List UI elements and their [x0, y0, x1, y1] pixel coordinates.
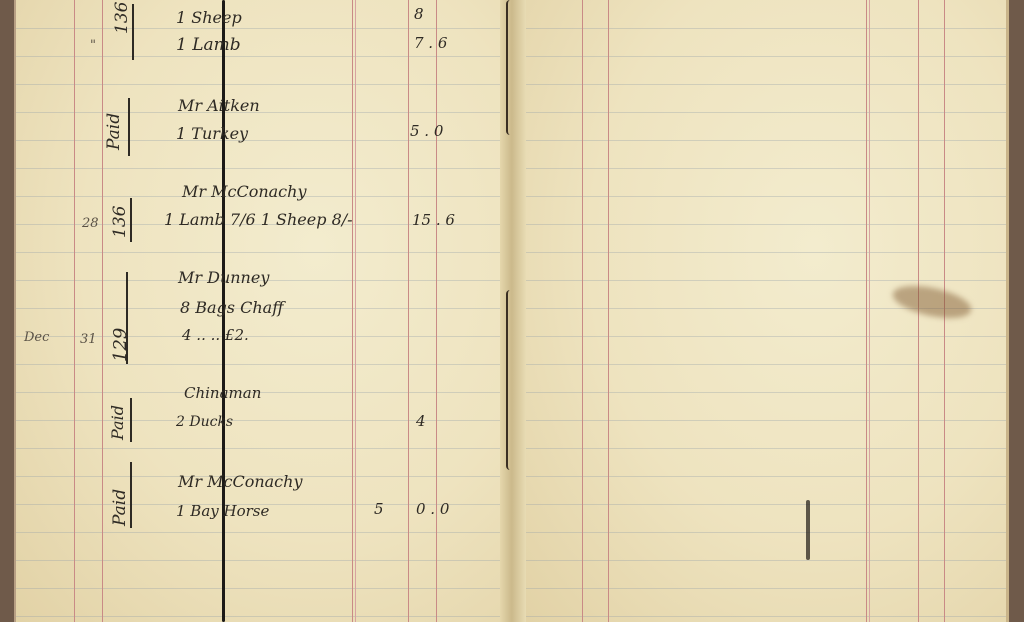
- pounds-column-rule: [352, 0, 353, 622]
- date-column-rule: [74, 0, 75, 622]
- amount: 4: [416, 412, 426, 430]
- item-line: 1 Turkey: [176, 124, 248, 143]
- item-line: 4 .. .. £2.: [182, 326, 249, 344]
- folio-column-rule: [608, 0, 609, 622]
- item-line: 1 Lamb: [176, 35, 241, 55]
- paid-mark: Paid: [104, 113, 124, 150]
- amount: 0 . 0: [416, 500, 449, 518]
- paid-mark: Paid: [110, 489, 130, 526]
- customer-name: Mr Aitken: [178, 96, 260, 115]
- ledger-book: 136 " 1 Sheep 1 Lamb 8 7 . 6 Paid Mr Ait…: [0, 0, 1024, 622]
- entry-day: 31: [80, 332, 97, 347]
- date-column-rule: [582, 0, 583, 622]
- customer-name: Mr McConachy: [182, 182, 306, 201]
- shillings-column-rule: [408, 0, 409, 622]
- ink-speck: [806, 500, 810, 560]
- item-line: 1 Bay Horse: [176, 502, 269, 520]
- entry-month: Dec: [24, 330, 49, 345]
- customer-name: Mr Dunney: [178, 268, 269, 287]
- item-line: 8 Bags Chaff: [180, 298, 284, 317]
- binding-thread: [506, 290, 514, 470]
- amount: 8: [414, 5, 424, 23]
- customer-name: Mr McConachy: [178, 472, 302, 491]
- paid-mark: Paid: [108, 405, 127, 440]
- binding-thread: [506, 0, 514, 135]
- ditto-mark: ": [90, 38, 96, 53]
- right-page: [526, 0, 1009, 622]
- amount-pounds: 5: [374, 500, 384, 518]
- pence-column-rule: [436, 0, 437, 622]
- pounds-column-rule: [866, 0, 867, 622]
- item-line: 1 Lamb 7/6 1 Sheep 8/-: [164, 210, 353, 229]
- entry-day: 28: [82, 216, 99, 231]
- amount: 5 . 0: [410, 122, 443, 140]
- item-line: 2 Ducks: [176, 414, 233, 430]
- customer-name: Chinaman: [184, 384, 261, 402]
- folio-column-rule: [102, 0, 103, 622]
- item-line: 1 Sheep: [176, 8, 242, 27]
- folio-number: 136: [112, 2, 132, 34]
- amount: 15 . 6: [412, 211, 455, 229]
- ink-stain: [890, 280, 974, 324]
- amount: 7 . 6: [414, 34, 447, 52]
- folio-number: 136: [110, 206, 130, 238]
